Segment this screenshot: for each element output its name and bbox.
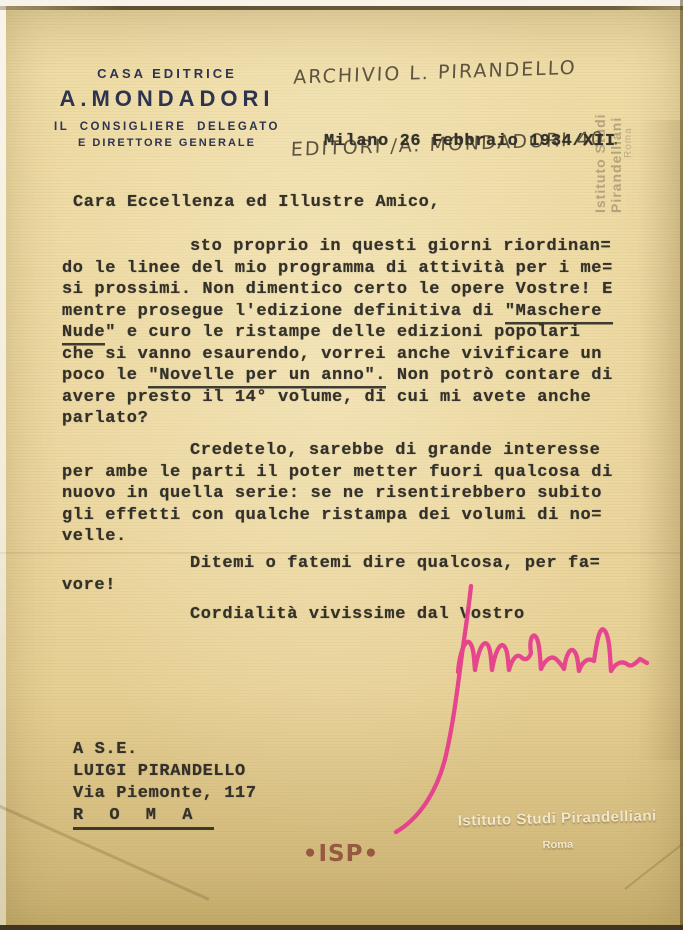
letterhead-role2: E DIRETTORE GENERALE bbox=[52, 137, 282, 149]
recipient-city-line: R O M A bbox=[73, 805, 257, 827]
recipient-lines: A S.E.LUIGI PIRANDELLOVia Piemonte, 117 bbox=[73, 739, 257, 805]
paragraph-1: sto proprio in questi giorni riordinan=d… bbox=[62, 236, 652, 430]
dateline: Milano 26 Febbraio 1934/XII bbox=[324, 132, 616, 151]
signature-tail bbox=[396, 586, 471, 832]
paragraph-2: Credetelo, sarebbe di grande interessepe… bbox=[62, 440, 652, 548]
signature-mondadori bbox=[370, 578, 660, 840]
letterhead-name: A.MONDADORI bbox=[52, 86, 282, 112]
watermark-bottom: Istituto Studi Pirandelliani Roma bbox=[450, 807, 666, 854]
watermark-roma-bottom: Roma bbox=[450, 836, 665, 854]
archive-note: ARCHIVIO L. PIRANDELLO EDITORI /A. MONDA… bbox=[289, 6, 626, 210]
recipient-city: R O M A bbox=[73, 806, 214, 830]
archive-note-line1: ARCHIVIO L. PIRANDELLO bbox=[293, 54, 624, 90]
isp-stamp: •ISP• bbox=[298, 841, 384, 867]
letterhead: CASA EDITRICE A.MONDADORI IL CONSIGLIERE… bbox=[52, 66, 282, 149]
recipient-address: A S.E.LUIGI PIRANDELLOVia Piemonte, 117 … bbox=[73, 739, 257, 827]
scan-edge-left bbox=[0, 0, 6, 930]
letterhead-company: CASA EDITRICE bbox=[52, 66, 282, 81]
scan-edge-bottom bbox=[0, 925, 683, 930]
signature-scrawl bbox=[458, 629, 647, 672]
letter-scan: Istituto Studi Pirandelliani Roma ARCHIV… bbox=[0, 0, 683, 930]
letterhead-role1: IL CONSIGLIERE DELEGATO bbox=[52, 121, 282, 133]
salutation: Cara Eccellenza ed Illustre Amico, bbox=[73, 193, 440, 212]
watermark-roma-vertical: Roma bbox=[623, 98, 634, 158]
